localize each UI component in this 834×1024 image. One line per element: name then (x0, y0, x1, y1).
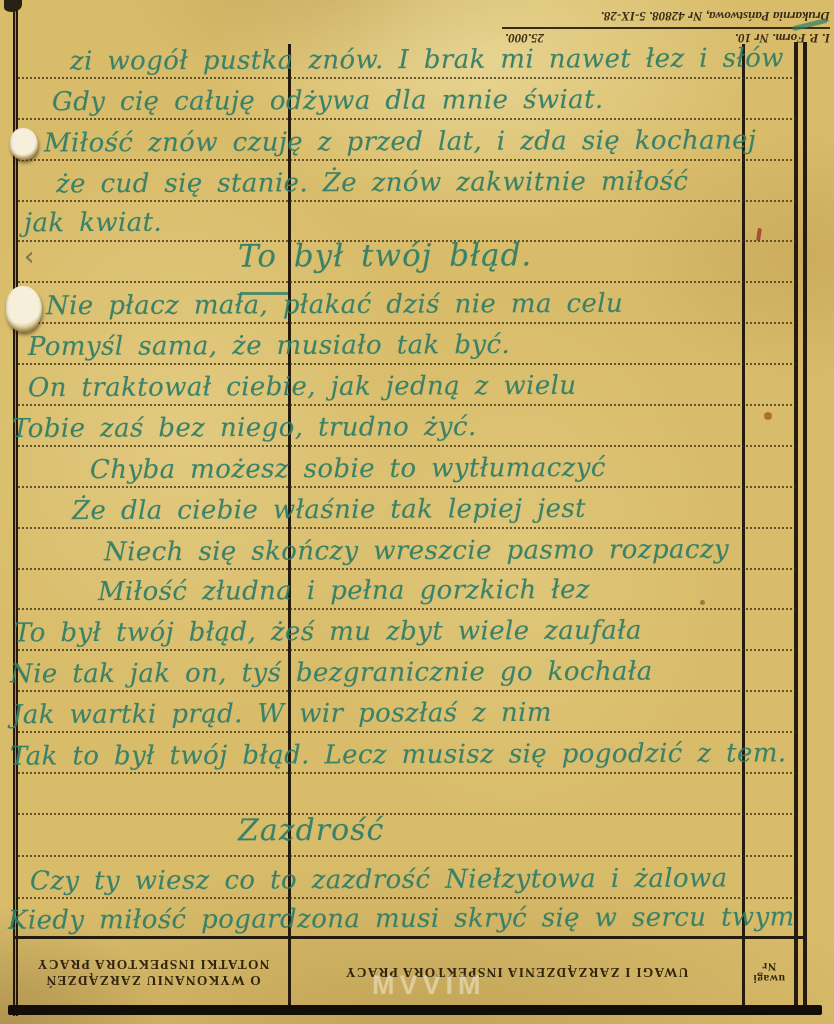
paper-hole-upper (10, 128, 38, 160)
archive-watermark: MVVIM (372, 970, 486, 1001)
right-frame-line-outer (803, 42, 807, 1006)
footer-cell-left: O WYKONANIU ZARZĄDZEŃ NOTATKI INSPEKTORA… (22, 941, 284, 1003)
printer-imprint: Drukarnia Państwowa, Nr 42808. 5-IX-28. (500, 8, 830, 24)
handwritten-line: Jak wartki prąd. W wir poszłaś z nim (12, 695, 552, 733)
handwritten-line: On traktował ciebie, jak jedną z wielu (28, 368, 577, 406)
handwritten-line: Niech się skończy wreszcie pasmo rozpacz… (104, 532, 729, 571)
pencil-mark: ‹ (24, 242, 34, 272)
column-rule-2 (742, 44, 745, 1006)
handwritten-line: Nie płacz mała, płakać dziś nie ma celu (46, 286, 623, 325)
handwritten-line: Miłość złudna i pełna gorzkich łez (98, 572, 590, 610)
handwritten-line: Pomyśl sama, że musiało tak być. (28, 327, 510, 365)
handwritten-line: Miłość znów czuję z przed lat, i zda się… (44, 122, 757, 161)
handwritten-line: zi wogół pustka znów. I brak mi nawet łe… (70, 40, 784, 79)
song-title-2: Zazdrość (238, 813, 384, 850)
handwritten-line: Gdy cię całuję odżywa dla mnie świat. (52, 82, 604, 120)
footer-band-bottom-border (8, 1005, 822, 1015)
handwritten-line: Że dla ciebie właśnie tak lepiej jest (72, 491, 586, 529)
right-frame-line-inner (794, 42, 798, 1006)
footer-left-line2: O WYKONANIU ZARZĄDZEŃ (45, 972, 260, 988)
imprint-divider (502, 27, 830, 29)
footer-cell-middle: UWAGI I ZARZĄDZENIA INSPEKTORA PRACY (295, 941, 738, 1003)
footer-cell-right: uwagi Nr (747, 941, 791, 1003)
footer-right-line1: Nr (762, 960, 776, 972)
handwritten-line: że cud się stanie. Że znów zakwitnie mił… (56, 164, 688, 203)
stain-dot-small (700, 600, 705, 605)
paper-hole-lower (6, 286, 42, 332)
handwritten-line: Czy ty wiesz co to zazdrość Niełzytowa i… (30, 860, 728, 899)
handwritten-line: Tobie zaś bez niego, trudno żyć. (12, 409, 477, 447)
handwritten-line: jak kwiat. (24, 205, 162, 242)
song-title-1: To był twój błąd. (238, 237, 532, 274)
scanned-notebook-page: Drukarnia Państwowa, Nr 42808. 5-IX-28. … (0, 0, 834, 1024)
handwritten-line: Kiedy miłość pogardzona musi skryć się w… (8, 899, 795, 938)
ruled-line (18, 813, 796, 815)
stain-dot-brown (764, 412, 772, 420)
ruled-line (18, 855, 796, 857)
handwritten-line: Chyba możesz sobie to wytłumaczyć (90, 450, 606, 488)
handwritten-line: Nie tak jak on, tyś bezgranicznie go koc… (10, 654, 653, 693)
handwritten-line: To był twój błąd, żeś mu zbyt wiele zauf… (14, 613, 642, 652)
ruled-line (18, 281, 796, 283)
footer-right-line2: uwagi (753, 972, 785, 984)
footer-left-line1: NOTATKI INSPEKTORA PRACY (37, 956, 270, 972)
top-left-nick (4, 0, 22, 12)
handwritten-line: Tak to był twój błąd. Lecz musisz się po… (10, 735, 787, 774)
